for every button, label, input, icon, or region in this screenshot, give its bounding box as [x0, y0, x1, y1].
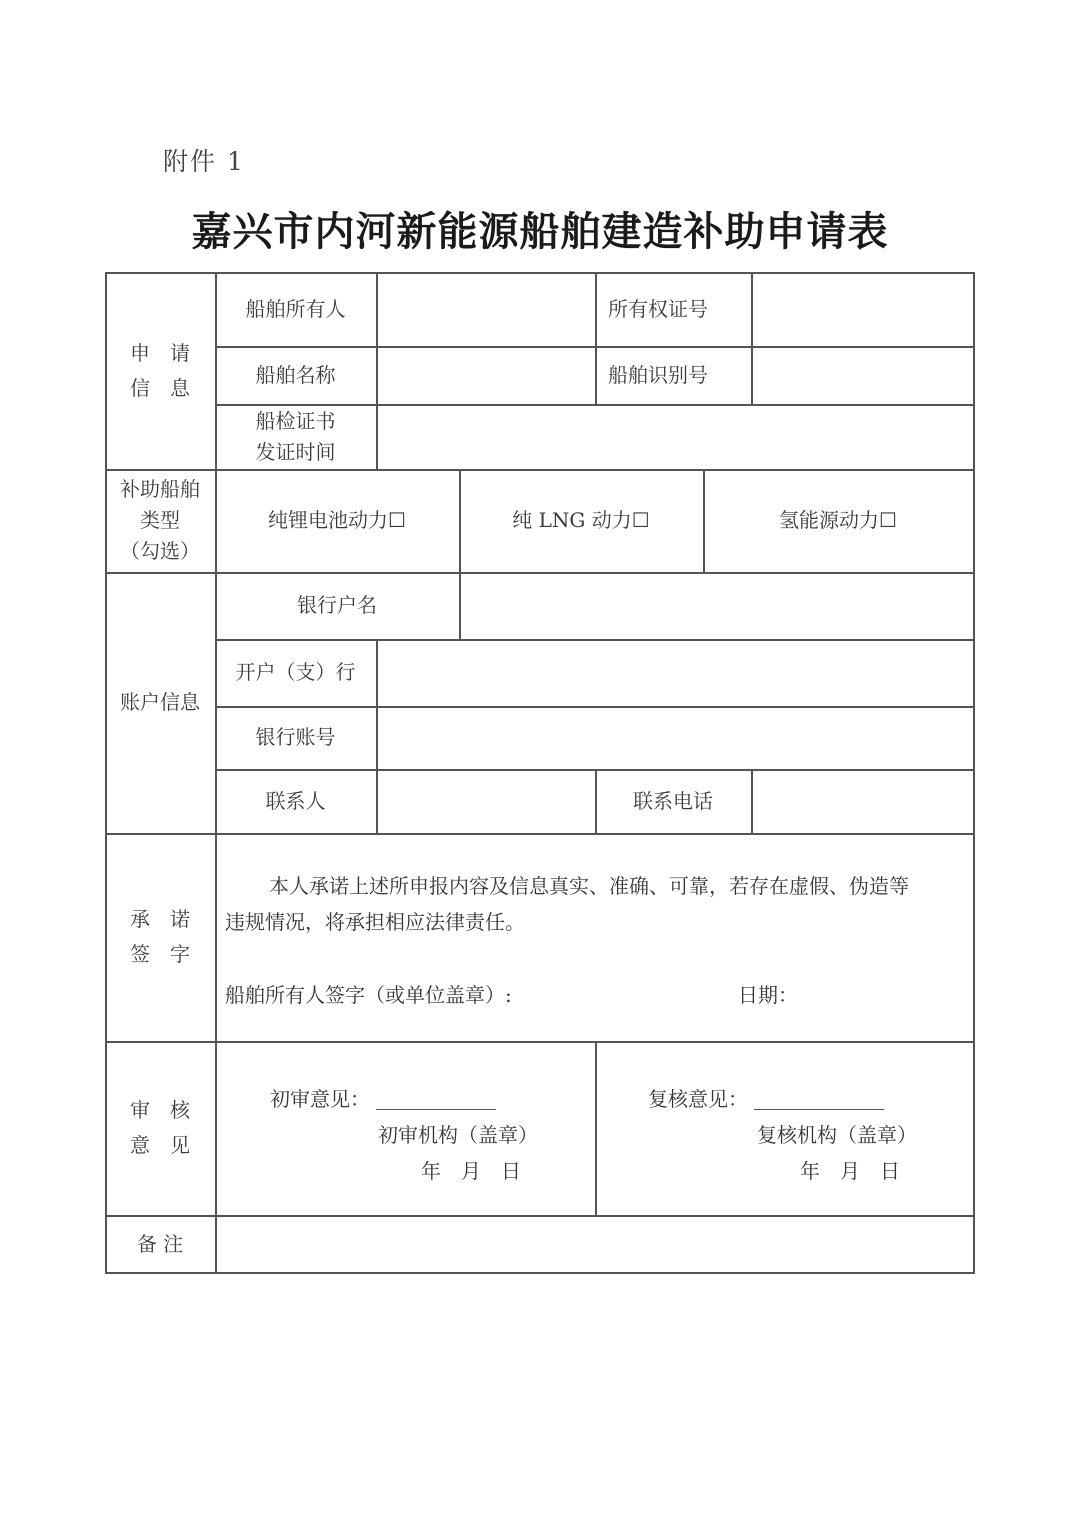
re-review-date: 年 月 日: [800, 1155, 900, 1184]
label-line: 船检证书: [256, 406, 336, 437]
label-ship-id-no: 船舶识别号: [595, 346, 721, 404]
label-inspection-cert-date: 船检证书 发证时间: [215, 404, 376, 469]
signature-label: 船舶所有人签字（或单位盖章）:: [225, 977, 512, 1013]
option-lithium-battery[interactable]: 纯锂电池动力☐: [215, 469, 459, 572]
label-char: 字: [160, 939, 200, 970]
re-review-opinion-input[interactable]: [754, 1091, 884, 1110]
label-char: 诺: [160, 904, 200, 935]
inspection-cert-date-field[interactable]: [377, 406, 972, 468]
label-char: 承: [120, 904, 160, 935]
label-contact-phone: 联系电话: [595, 769, 751, 833]
initial-opinion-input[interactable]: [376, 1091, 496, 1110]
label-char: 申: [120, 338, 160, 369]
ship-name-field[interactable]: [377, 348, 594, 403]
label-char: 息: [160, 373, 200, 404]
table-border-right: [973, 272, 975, 1274]
label-char: 信: [120, 373, 160, 404]
table-border-bottom: [105, 1272, 975, 1274]
signature-field[interactable]: [525, 980, 725, 1012]
label-ship-name: 船舶名称: [215, 346, 376, 404]
label-line: （勾选）: [120, 536, 200, 567]
section-label-account-info: 账户信息: [105, 572, 215, 833]
divider-after-pledge: [105, 1041, 975, 1043]
initial-opinion-label: 初审意见：: [270, 1087, 370, 1111]
option-label: 纯锂电池动力: [268, 505, 388, 536]
attachment-label: 附件 1: [163, 142, 245, 178]
contact-phone-field[interactable]: [752, 771, 972, 832]
ship-id-no-field[interactable]: [752, 348, 972, 403]
option-lng[interactable]: 纯 LNG 动力☐: [459, 469, 703, 572]
remarks-field[interactable]: [217, 1217, 972, 1271]
label-line: 补助船舶: [120, 474, 200, 505]
label-char: 签: [120, 939, 160, 970]
bank-account-name-field[interactable]: [461, 574, 972, 638]
label-char: 请: [160, 338, 200, 369]
bank-account-no-field[interactable]: [377, 708, 972, 768]
label-bank-account-no: 银行账号: [215, 706, 376, 769]
application-form-table: 申 请 信 息 船舶所有人 所有权证号 船舶名称 船舶识别号 船检证书 发证时间…: [105, 272, 975, 1274]
contact-person-field[interactable]: [377, 771, 594, 832]
initial-review-opinion: 初审意见：: [270, 1083, 496, 1112]
label-opening-bank: 开户（支）行: [215, 639, 376, 706]
section-label-pledge: 承 诺 签 字: [105, 833, 215, 1041]
label-char: 核: [160, 1095, 200, 1126]
form-title: 嘉兴市内河新能源船舶建造补助申请表: [0, 200, 1080, 257]
checkbox-icon[interactable]: ☐: [632, 505, 650, 536]
section-label-application-info: 申 请 信 息: [105, 272, 215, 469]
re-review-opinion: 复核意见：: [648, 1083, 884, 1112]
label-ownership-cert-no: 所有权证号: [595, 272, 721, 346]
checkbox-icon[interactable]: ☐: [879, 505, 897, 536]
ownership-cert-no-field[interactable]: [752, 273, 972, 345]
initial-review-org: 初审机构（盖章）: [378, 1119, 538, 1148]
label-bank-account-name: 银行户名: [215, 572, 459, 639]
checkbox-icon[interactable]: ☐: [388, 505, 406, 536]
label-char: 见: [160, 1130, 200, 1161]
re-review-opinion-label: 复核意见：: [648, 1087, 748, 1111]
option-label: 氢能源动力: [779, 505, 879, 536]
re-review-org: 复核机构（盖章）: [757, 1119, 917, 1148]
label-char: 意: [120, 1130, 160, 1161]
pledge-date-field[interactable]: [805, 980, 965, 1012]
pledge-text-line1: 本人承诺上述所申报内容及信息真实、准确、可靠，若存在虚假、伪造等: [269, 868, 909, 904]
label-contact-person: 联系人: [215, 769, 376, 833]
pledge-text-line2: 违规情况，将承担相应法律责任。: [225, 904, 525, 940]
option-label: 纯 LNG 动力: [512, 505, 631, 536]
label-line: 发证时间: [256, 437, 336, 468]
label-ship-owner: 船舶所有人: [215, 272, 376, 346]
divider-after-account-info: [105, 833, 975, 835]
ship-owner-field[interactable]: [377, 273, 594, 345]
opening-bank-field[interactable]: [377, 641, 972, 705]
pledge-date-label: 日期：: [738, 977, 798, 1013]
option-hydrogen[interactable]: 氢能源动力☐: [703, 469, 973, 572]
col-divider: [595, 1041, 597, 1215]
label-char: 审: [120, 1095, 160, 1126]
section-label-review: 审 核 意 见: [105, 1041, 215, 1215]
initial-review-date: 年 月 日: [421, 1155, 521, 1184]
label-line: 类型: [140, 505, 180, 536]
section-label-vessel-type: 补助船舶 类型 （勾选）: [105, 469, 215, 572]
section-label-remarks: 备 注: [105, 1215, 215, 1273]
